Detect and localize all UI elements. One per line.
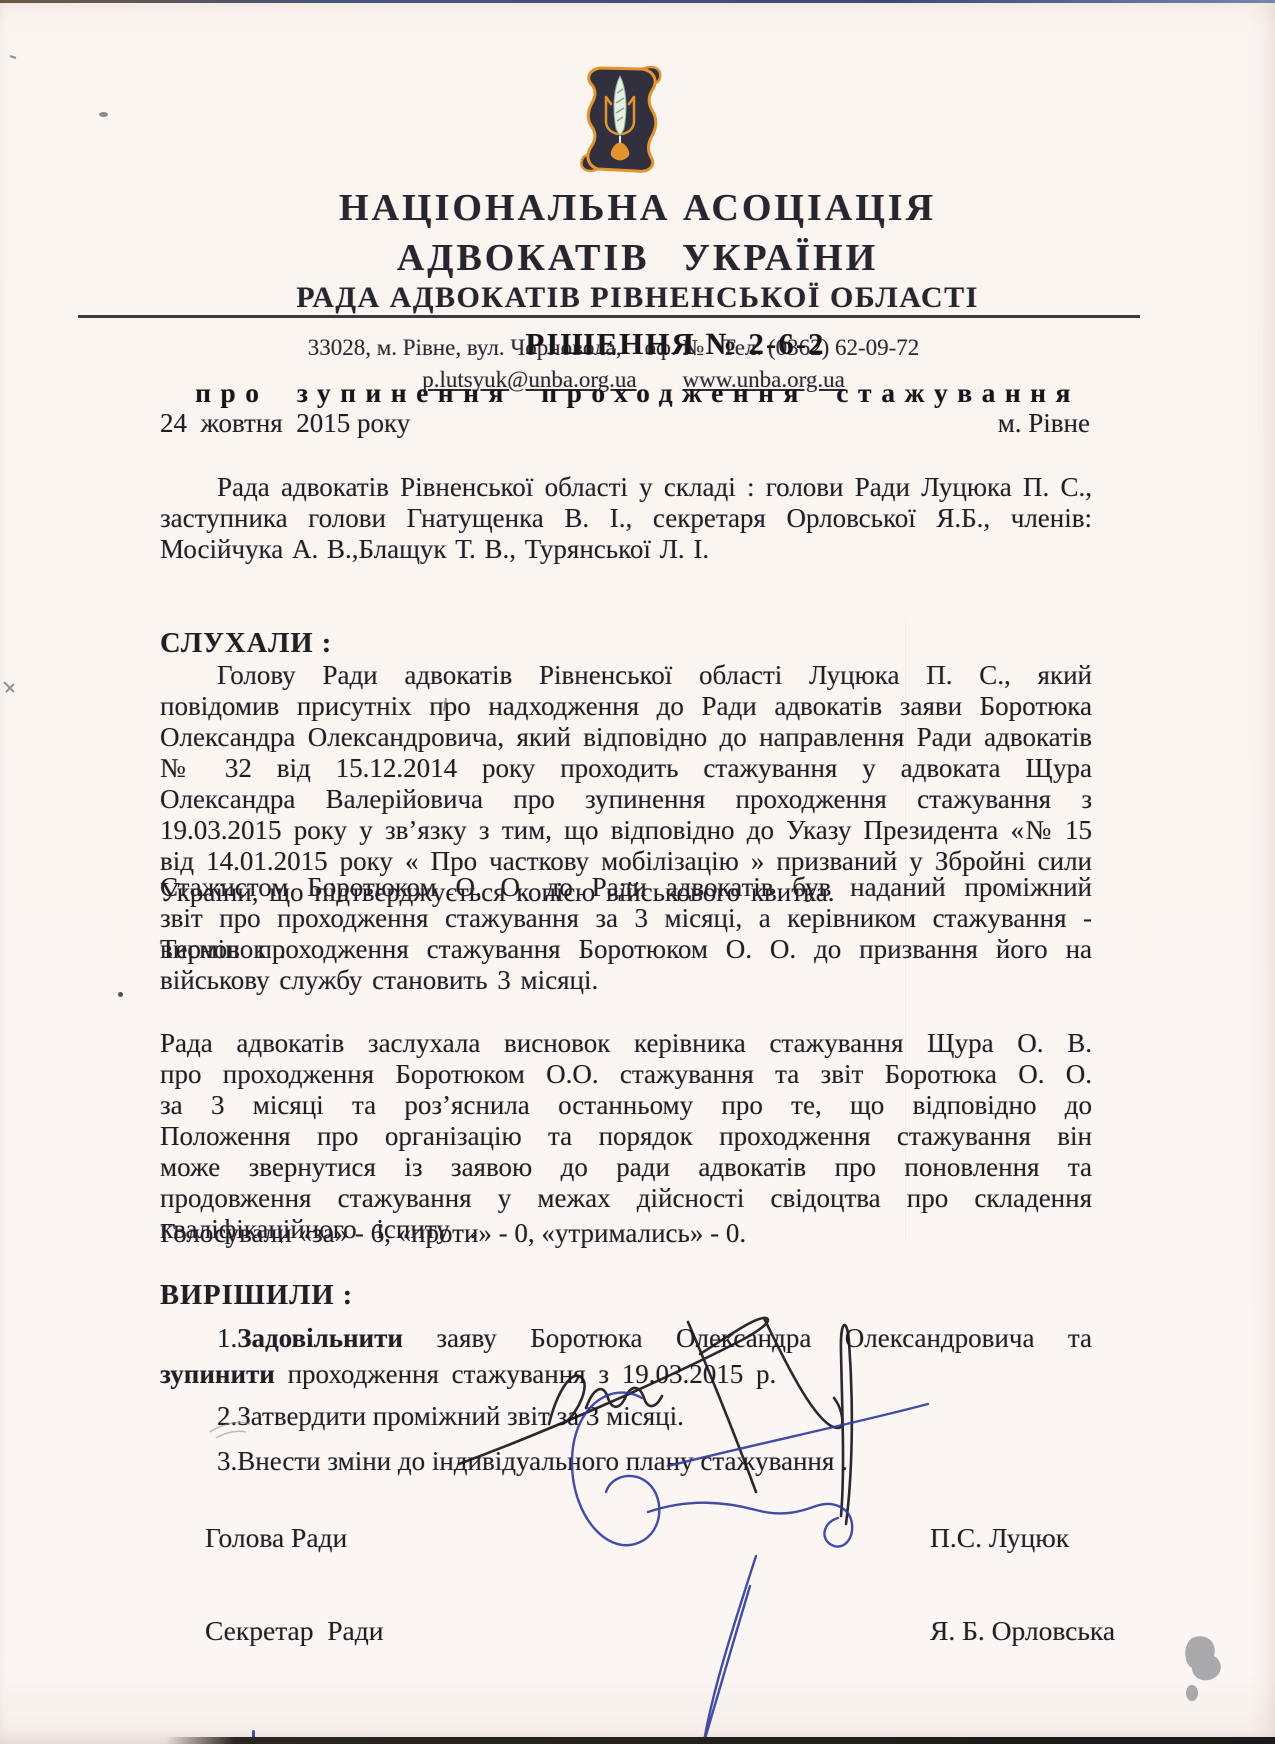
scan-speck [118, 992, 123, 997]
org-name-line1: НАЦІОНАЛЬНА АСОЦІАЦІЯ [0, 186, 1275, 230]
heard-section-heading: СЛУХАЛИ : [160, 628, 332, 660]
resolution-item-3: 3.Внести зміни до індивідуального плану … [160, 1443, 1149, 1479]
heard-paragraph-4: Рада адвокатів заслухала висновок керівн… [160, 1028, 1092, 1245]
signature-title-secretary: Секретар Ради [205, 1615, 383, 1647]
resolution-item-1-text: заяву Боротюка Олександра Олександровича… [403, 1323, 1092, 1353]
resolution-item-1-bold: Задовільнити [237, 1323, 403, 1353]
scan-top-edge [0, 0, 1275, 3]
resolved-section-heading: ВИРІШИЛИ : [160, 1280, 353, 1312]
org-name-line2: АДВОКАТІВ УКРАЇНИ [0, 236, 1275, 280]
decision-subject: про зупинення проходження стажування [0, 377, 1275, 409]
resolution-item-1-bold2: зупинити [160, 1359, 275, 1389]
resolution-item-2: 2.Затвердити проміжний звіт за 3 місяці. [160, 1398, 1149, 1434]
unba-emblem-icon [576, 62, 664, 176]
decision-place: м. Рівне [998, 408, 1090, 439]
letterhead-divider [78, 315, 1140, 318]
decision-date: 24 жовтня 2015 року [160, 408, 410, 439]
heard-paragraph-1: Голову Ради адвокатів Рівненської област… [160, 660, 1092, 908]
heard-paragraph-3: Термін проходження стажування Боротюком … [160, 934, 1092, 996]
signature-name-chairman: П.С. Луцюк [930, 1522, 1069, 1554]
resolution-item-1-number: 1. [217, 1323, 237, 1353]
scan-crease [905, 620, 906, 1240]
resolution-item-1: 1.Задовільнити заяву Боротюка Олександра… [160, 1320, 1092, 1392]
scan-speck [99, 112, 108, 117]
council-composition-paragraph: Рада адвокатів Рівненської області у скл… [160, 472, 1092, 565]
scanned-decision-document: НАЦІОНАЛЬНА АСОЦІАЦІЯ АДВОКАТІВ УКРАЇНИ … [0, 0, 1275, 1744]
date-place-row: 24 жовтня 2015 року м. Рівне [160, 408, 1090, 439]
signature-name-secretary: Я. Б. Орловська [930, 1615, 1115, 1647]
scan-smudge [1185, 1636, 1221, 1701]
org-name-line3: РАДА АДВОКАТІВ РІВНЕНСЬКОЇ ОБЛАСТІ [0, 281, 1275, 315]
scan-bottom-edge [0, 1737, 1275, 1744]
signature-title-chairman: Голова Ради [205, 1522, 347, 1554]
decision-number: РІШЕННЯ № 2-6-2 [76, 326, 1275, 362]
vote-results-line: Голосували «за» - 6, «проти» - 0, «утрим… [160, 1218, 1092, 1249]
resolution-item-1-tail: проходження стажування з 19.03.2015 р. [275, 1359, 776, 1389]
